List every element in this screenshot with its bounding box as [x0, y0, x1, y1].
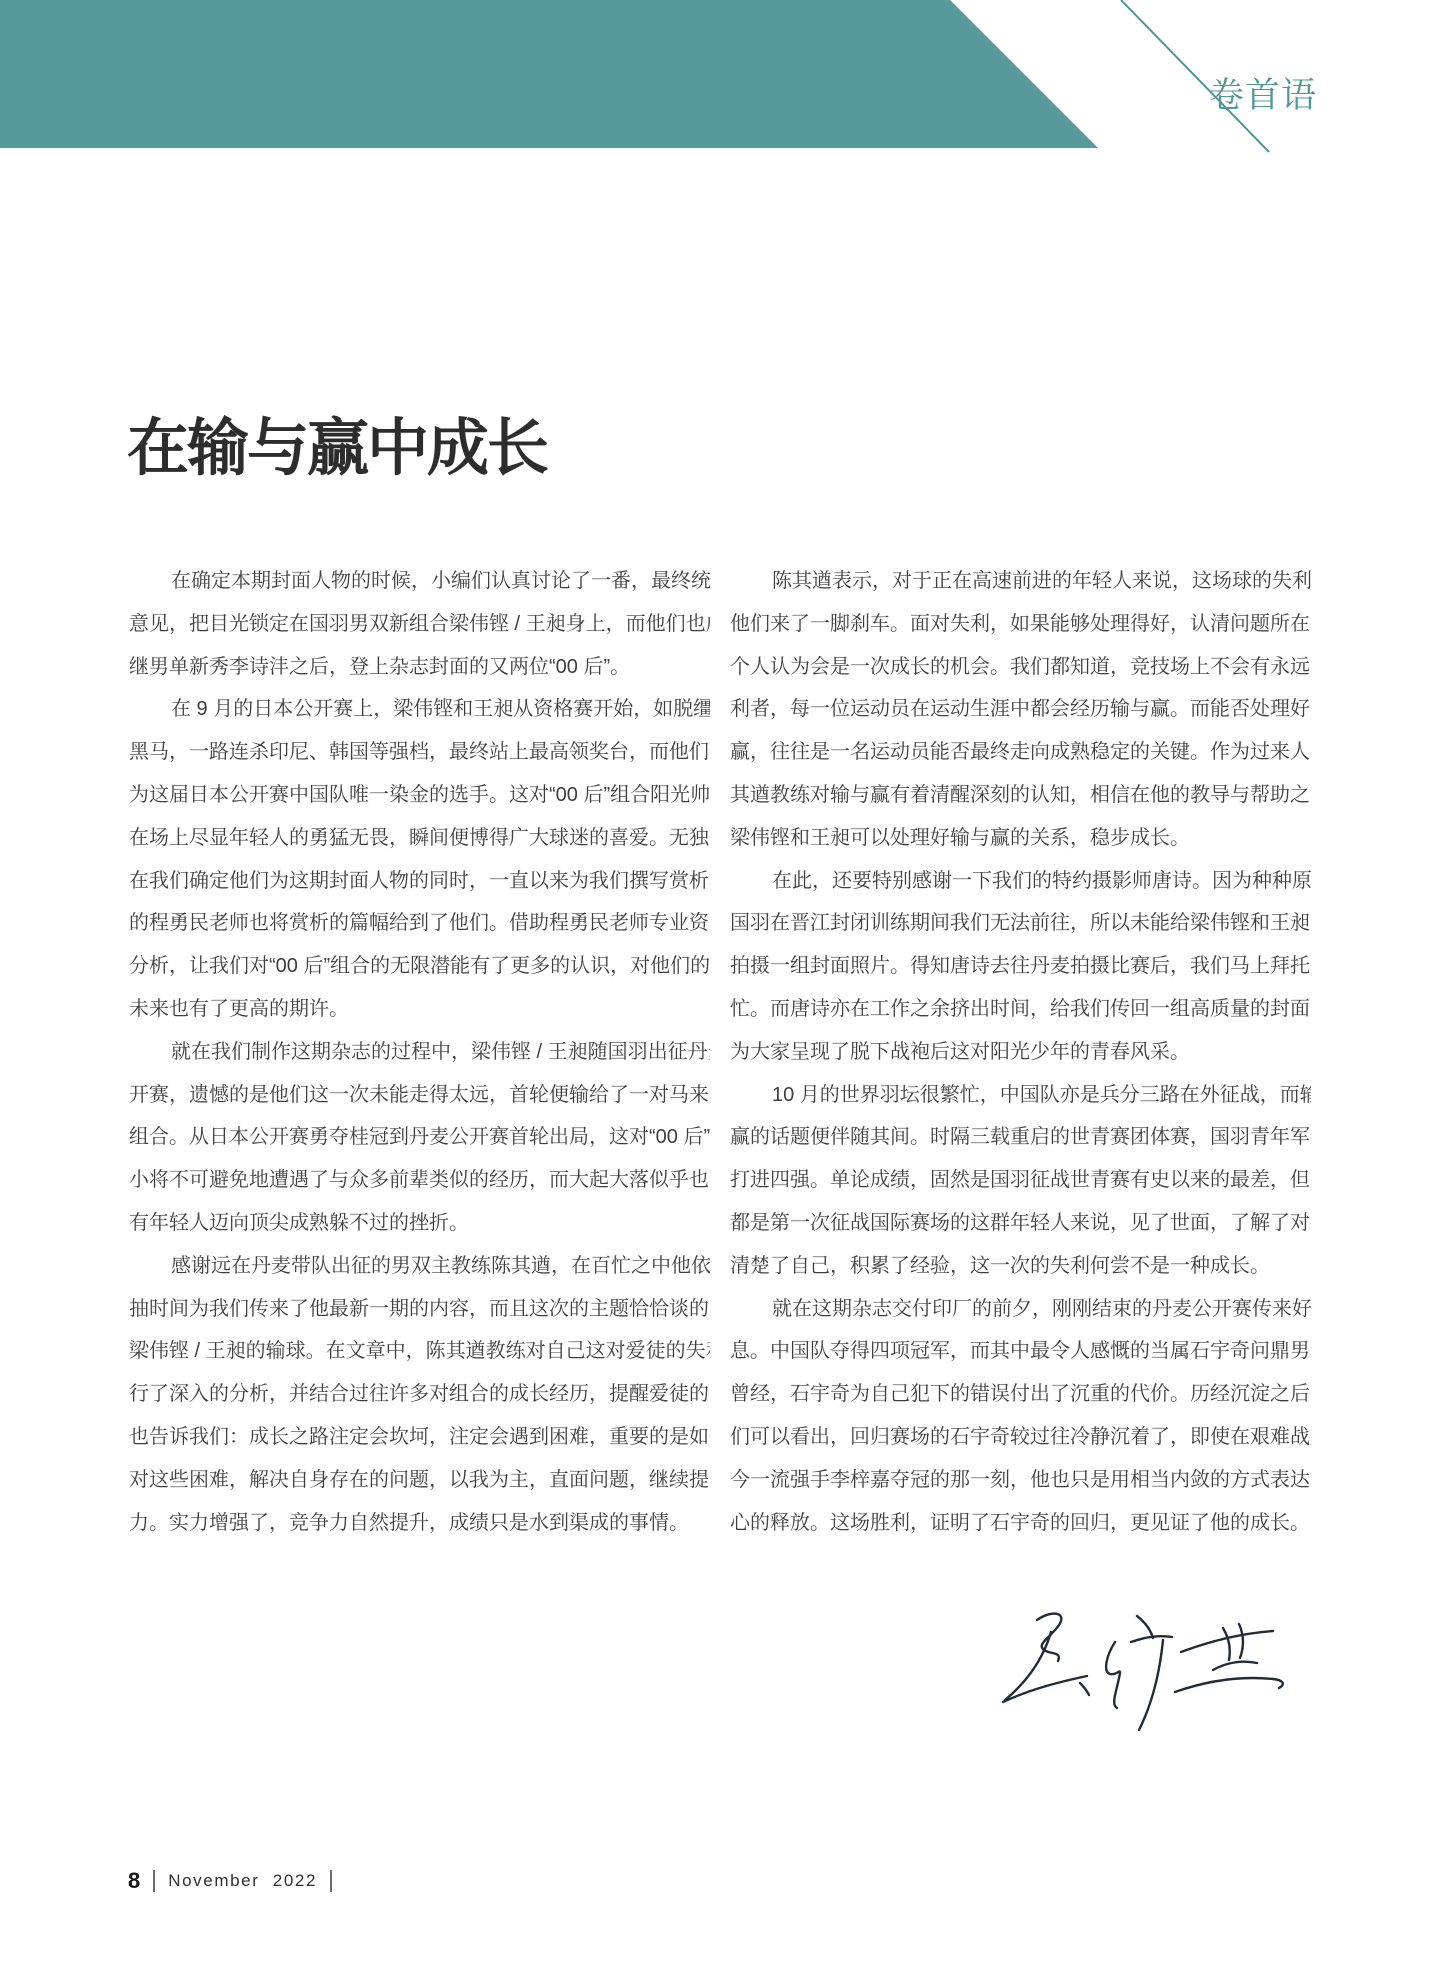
body-line: 对这些困难，解决自身存在的问题，以我为主，直面问题，继续提升实: [129, 1459, 710, 1502]
body-line: 利者，每一位运动员在运动生涯中都会经历输与赢。而能否处理好输与: [730, 688, 1311, 731]
body-line: 为这届日本公开赛中国队唯一染金的选手。这对“00 后”组合阳光帅气，: [129, 774, 710, 817]
body-line: 清楚了自己，积累了经验，这一次的失利何尝不是一种成长。: [730, 1245, 1311, 1288]
body-line: 在 9 月的日本公开赛上，梁伟铿和王昶从资格赛开始，如脱缰的: [129, 688, 710, 731]
body-line: 们可以看出，回归赛场的石宇奇较过往冷静沉着了，即使在艰难战胜当: [730, 1416, 1311, 1459]
body-line: 梁伟铿 / 王昶的输球。在文章中，陈其遒教练对自己这对爱徒的失利进: [129, 1330, 710, 1373]
author-signature: [985, 1586, 1305, 1736]
body-line: 也告诉我们：成长之路注定会坎坷，注定会遇到困难，重要的是如何面: [129, 1416, 710, 1459]
body-line: 在确定本期封面人物的时候，小编们认真讨论了一番，最终统一: [129, 560, 710, 603]
body-line: 力。实力增强了，竞争力自然提升，成绩只是水到渠成的事情。: [129, 1502, 710, 1545]
body-line: 拍摄一组封面照片。得知唐诗去往丹麦拍摄比赛后，我们马上拜托他帮: [730, 945, 1311, 988]
body-line: 黑马，一路连杀印尼、韩国等强档，最终站上最高领奖台，而他们也成: [129, 731, 710, 774]
section-label: 卷首语: [1209, 68, 1317, 118]
page-footer: 8 November 2022: [128, 1868, 345, 1894]
body-line: 意见，把目光锁定在国羽男双新组合梁伟铿 / 王昶身上，而他们也成为: [129, 603, 710, 646]
article-body: 在确定本期封面人物的时候，小编们认真讨论了一番，最终统一意见，把目光锁定在国羽男…: [129, 560, 1311, 1544]
body-line: 都是第一次征战国际赛场的这群年轻人来说，见了世面，了解了对手，: [730, 1202, 1311, 1245]
body-line: 感谢远在丹麦带队出征的男双主教练陈其遒，在百忙之中他依然: [129, 1245, 710, 1288]
body-column-left: 在确定本期封面人物的时候，小编们认真讨论了一番，最终统一意见，把目光锁定在国羽男…: [129, 560, 710, 1544]
body-line: 在此，还要特别感谢一下我们的特约摄影师唐诗。因为种种原因，: [730, 860, 1311, 903]
body-line: 息。中国队夺得四项冠军，而其中最令人感慨的当属石宇奇问鼎男单。: [730, 1330, 1311, 1373]
footer-page-number: 8: [128, 1868, 140, 1894]
body-line: 今一流强手李梓嘉夺冠的那一刻，他也只是用相当内敛的方式表达了内: [730, 1459, 1311, 1502]
footer-issue-date: November 2022: [168, 1871, 317, 1891]
body-line: 梁伟铿和王昶可以处理好输与赢的关系，稳步成长。: [730, 817, 1311, 860]
body-line: 赢的话题便伴随其间。时隔三载重启的世青赛团体赛，国羽青年军未能: [730, 1116, 1311, 1159]
body-line: 有年轻人迈向顶尖成熟躲不过的挫折。: [129, 1202, 710, 1245]
body-line: 10 月的世界羽坛很繁忙，中国队亦是兵分三路在外征战，而输与: [730, 1074, 1311, 1117]
body-line: 打进四强。单论成绩，固然是国羽征战世青赛有史以来的最差，但对于: [730, 1159, 1311, 1202]
header-band-shape: [0, 0, 1098, 148]
body-line: 未来也有了更高的期许。: [129, 988, 710, 1031]
body-line: 就在我们制作这期杂志的过程中，梁伟铿 / 王昶随国羽出征丹麦公: [129, 1031, 710, 1074]
body-line: 忙。而唐诗亦在工作之余挤出时间，给我们传回一组高质量的封面照片，: [730, 988, 1311, 1031]
footer-divider: [153, 1870, 155, 1892]
page-title: 在输与赢中成长: [127, 398, 547, 487]
body-line: 他们来了一脚刹车。面对失利，如果能够处理得好，认清问题所在，他: [730, 603, 1311, 646]
body-line: 曾经，石宇奇为自己犯下的错误付出了沉重的代价。历经沉淀之后，我: [730, 1373, 1311, 1416]
body-line: 个人认为会是一次成长的机会。我们都知道，竞技场上不会有永远的胜: [730, 646, 1311, 689]
body-line: 赢，往往是一名运动员能否最终走向成熟稳定的关键。作为过来人，陈: [730, 731, 1311, 774]
footer-divider: [330, 1870, 332, 1892]
body-line: 继男单新秀李诗沣之后，登上杂志封面的又两位“00 后”。: [129, 646, 710, 689]
body-line: 就在这期杂志交付印厂的前夕，刚刚结束的丹麦公开赛传来好消: [730, 1288, 1311, 1331]
body-line: 开赛，遗憾的是他们这一次未能走得太远，首轮便输给了一对马来西亚: [129, 1074, 710, 1117]
body-line: 其遒教练对输与赢有着清醒深刻的认知，相信在他的教导与帮助之下，: [730, 774, 1311, 817]
body-line: 心的释放。这场胜利，证明了石宇奇的回归，更见证了他的成长。: [730, 1502, 1311, 1545]
body-line: 在我们确定他们为这期封面人物的同时，一直以来为我们撰写赏析栏目: [129, 860, 710, 903]
body-line: 组合。从日本公开赛勇夺桂冠到丹麦公开赛首轮出局，这对“00 后”: [129, 1116, 710, 1159]
body-line: 为大家呈现了脱下战袍后这对阳光少年的青春风采。: [730, 1031, 1311, 1074]
body-line: 行了深入的分析，并结合过往许多对组合的成长经历，提醒爱徒的同时: [129, 1373, 710, 1416]
body-line: 小将不可避免地遭遇了与众多前辈类似的经历，而大起大落似乎也是所: [129, 1159, 710, 1202]
body-line: 陈其遒表示，对于正在高速前进的年轻人来说，这场球的失利给: [730, 560, 1311, 603]
body-line: 抽时间为我们传来了他最新一期的内容，而且这次的主题恰恰谈的就是: [129, 1288, 710, 1331]
body-line: 国羽在晋江封闭训练期间我们无法前往，所以未能给梁伟铿和王昶专门: [730, 902, 1311, 945]
body-line: 分析，让我们对“00 后”组合的无限潜能有了更多的认识，对他们的: [129, 945, 710, 988]
magazine-page: 卷首语 在输与赢中成长 在确定本期封面人物的时候，小编们认真讨论了一番，最终统一…: [0, 0, 1440, 1962]
body-line: 的程勇民老师也将赏析的篇幅给到了他们。借助程勇民老师专业资深的: [129, 902, 710, 945]
body-line: 在场上尽显年轻人的勇猛无畏，瞬间便博得广大球迷的喜爱。无独有偶，: [129, 817, 710, 860]
body-column-right: 陈其遒表示，对于正在高速前进的年轻人来说，这场球的失利给他们来了一脚刹车。面对失…: [730, 560, 1311, 1544]
